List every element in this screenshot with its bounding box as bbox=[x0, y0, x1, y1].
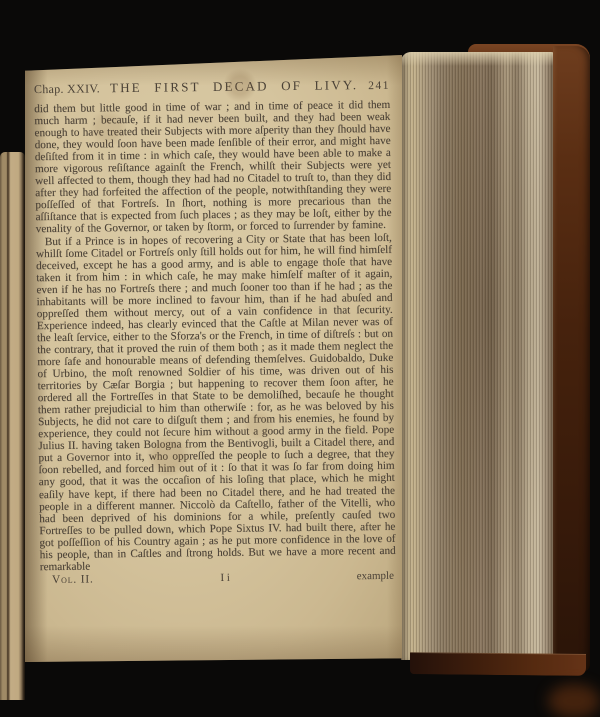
fore-edge-top-highlight bbox=[401, 52, 557, 66]
running-title: THE FIRST DECAD OF LIVY. bbox=[100, 77, 368, 96]
chapter-label: Chap. XXIV. bbox=[34, 81, 100, 97]
catchword: example bbox=[357, 570, 394, 582]
fore-edge-pages bbox=[401, 52, 557, 660]
page-number: 241 bbox=[368, 80, 390, 92]
running-head: Chap. XXIV. THE FIRST DECAD OF LIVY. 241 bbox=[34, 77, 390, 97]
cover-bottom-edge bbox=[410, 652, 586, 676]
facing-page-edge bbox=[0, 152, 25, 700]
cover-bottom-corner bbox=[548, 684, 600, 717]
page-content: Chap. XXIV. THE FIRST DECAD OF LIVY. 241… bbox=[34, 77, 397, 664]
leather-cover bbox=[553, 46, 590, 672]
body-paragraph: But if a Prince is in hopes of recoverin… bbox=[36, 231, 396, 573]
book-photograph: Chap. XXIV. THE FIRST DECAD OF LIVY. 241… bbox=[0, 0, 600, 717]
book-page: Chap. XXIV. THE FIRST DECAD OF LIVY. 241… bbox=[25, 55, 402, 662]
signature-mark: I i bbox=[94, 570, 357, 585]
body-paragraph: did them but little good in time of war … bbox=[34, 99, 392, 236]
volume-label: Vol. II. bbox=[52, 573, 94, 586]
